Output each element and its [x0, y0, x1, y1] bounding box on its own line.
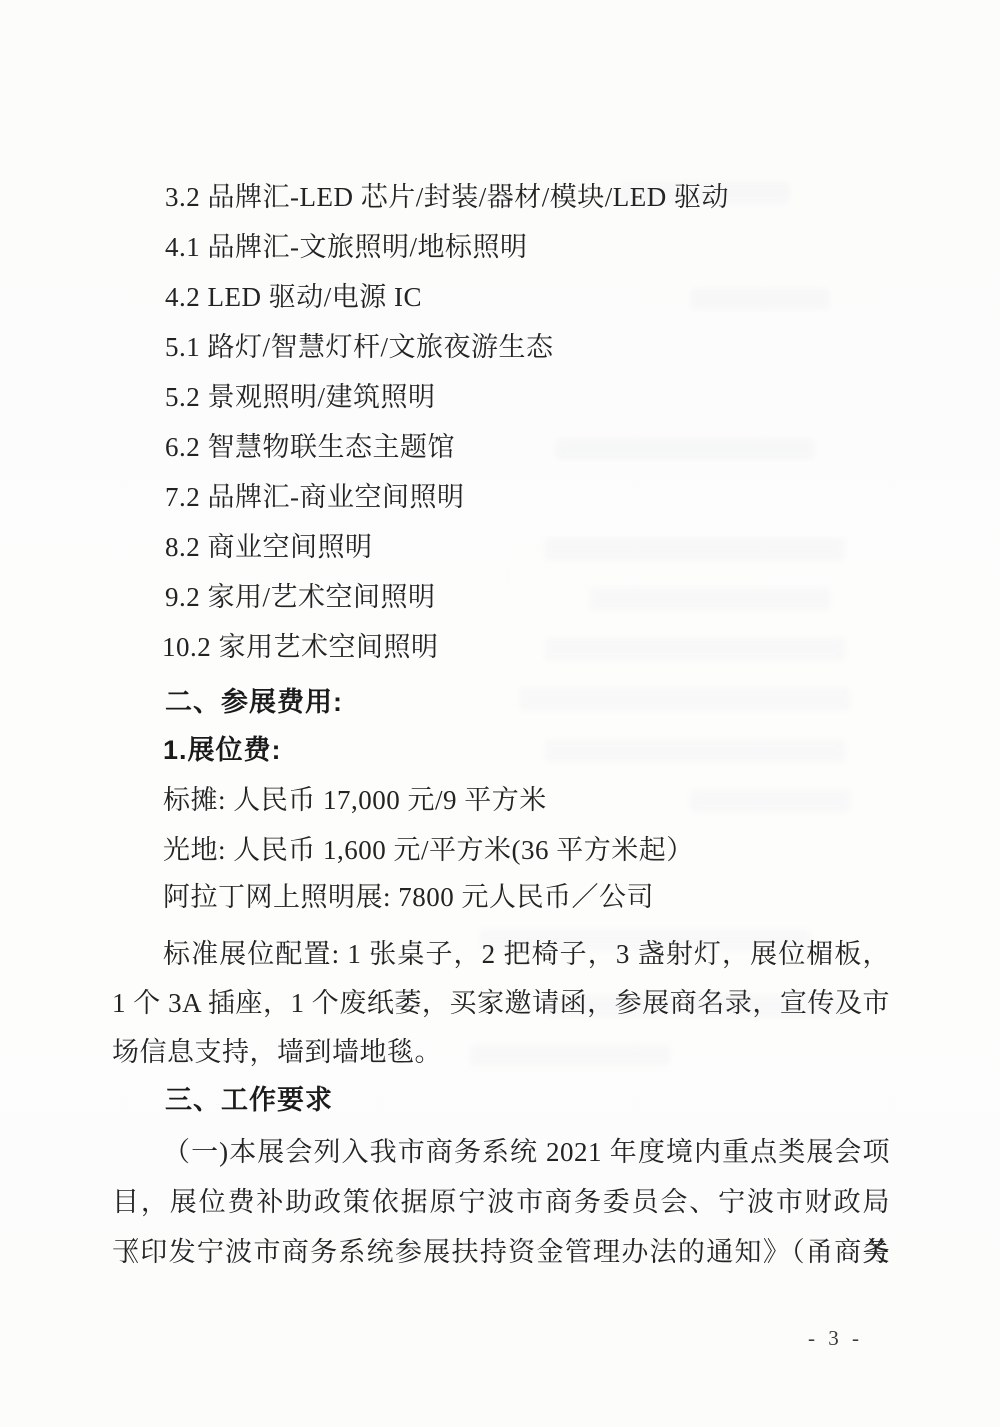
hall-list-item: 6.2 智慧物联生态主题馆 — [165, 422, 455, 472]
bleed-through-mark — [590, 588, 830, 610]
hall-list-item: 5.1 路灯/智慧灯杆/文旅夜游生态 — [165, 322, 554, 372]
hall-list-item: 9.2 家用/艺术空间照明 — [165, 572, 436, 622]
booth-config-line: 场信息支持，墙到墙地毯。 — [112, 1027, 442, 1077]
hall-list-item: 10.2 家用艺术空间照明 — [162, 622, 439, 672]
fees-section-heading: 二、参展费用: — [165, 677, 343, 727]
requirement-paragraph-line: （一)本展会列入我市商务系统 2021 年度境内重点类展会项 — [163, 1127, 890, 1177]
fee-line-online-expo: 阿拉丁网上照明展: 7800 元人民币／公司 — [163, 872, 654, 922]
bleed-through-mark — [520, 688, 850, 710]
booth-config-line: 标准展位配置: 1 张桌子，2 把椅子，3 盏射灯，展位楣板， — [163, 929, 890, 979]
bleed-through-mark — [690, 288, 830, 310]
hall-list-item: 7.2 品牌汇-商业空间照明 — [165, 472, 465, 522]
page-number: - 3 - — [808, 1326, 863, 1351]
requirement-paragraph-line: 于印发宁波市商务系统参展扶持资金管理办法的通知》（甬商务 — [112, 1227, 890, 1277]
hall-list-item: 4.1 品牌汇-文旅照明/地标照明 — [165, 222, 528, 272]
hall-list-item: 4.2 LED 驱动/电源 IC — [165, 272, 422, 322]
hall-list-item: 5.2 景观照明/建筑照明 — [165, 372, 436, 422]
bleed-through-mark — [555, 438, 815, 460]
booth-fee-subheading: 1.展位费: — [163, 725, 282, 775]
bleed-through-mark — [545, 538, 845, 560]
bleed-through-mark — [545, 740, 845, 762]
bleed-through-mark — [545, 638, 845, 660]
hall-list-item: 8.2 商业空间照明 — [165, 522, 373, 572]
fee-line-raw-space: 光地: 人民币 1,600 元/平方米(36 平方米起） — [163, 825, 694, 875]
document-page: 3.2 品牌汇-LED 芯片/封装/器材/模块/LED 驱动 4.1 品牌汇-文… — [0, 0, 1000, 1427]
hall-list-item: 3.2 品牌汇-LED 芯片/封装/器材/模块/LED 驱动 — [165, 172, 729, 222]
bleed-through-mark — [690, 790, 850, 812]
scanned-document-page: { "page": { "background": "#fcfcfb", "in… — [0, 0, 1000, 1427]
fee-line-standard-booth: 标摊: 人民币 17,000 元/9 平方米 — [163, 775, 547, 825]
bleed-through-mark — [470, 1045, 670, 1065]
requirements-section-heading: 三、工作要求 — [165, 1075, 333, 1125]
booth-config-line: 1 个 3A 插座，1 个废纸萎，买家邀请函，参展商名录，宣传及市 — [112, 978, 890, 1028]
